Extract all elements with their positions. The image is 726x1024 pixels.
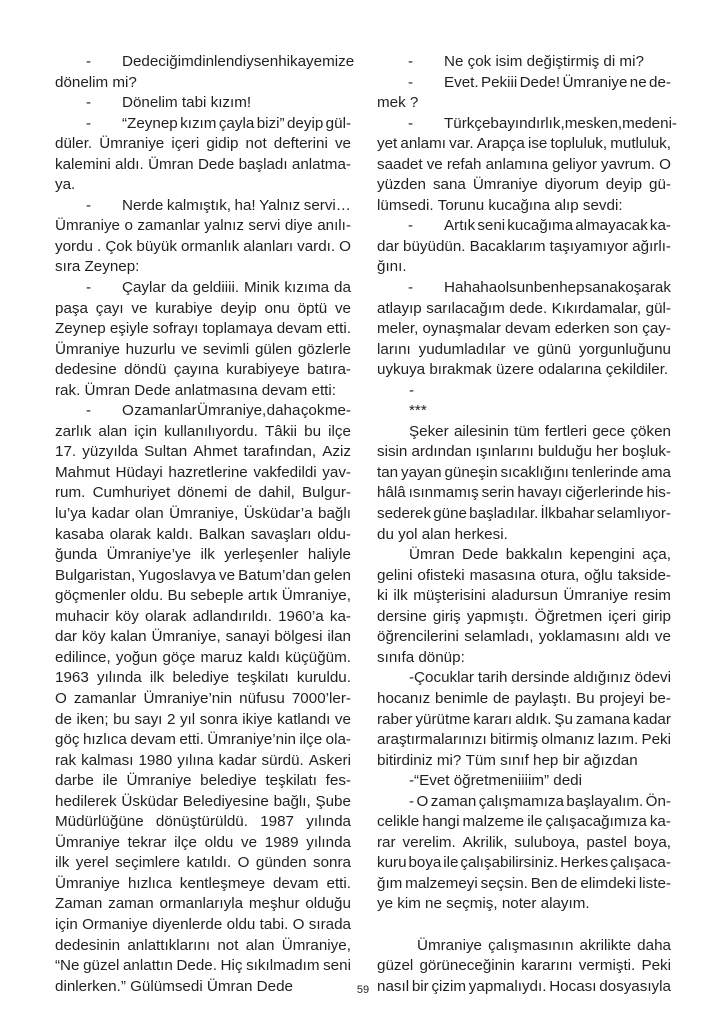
dialogue-dash: - xyxy=(86,93,122,114)
text-line: -Çocuklartarihdersindealdığınızödevi xyxy=(377,668,671,689)
text-line: lu’yakadarolanÜmraniye,Üsküdar’abağlı xyxy=(55,504,351,525)
text-line: ya. xyxy=(55,175,351,196)
text-line: kaleminialdı.ÜmranDedebaşladıanlatma- xyxy=(55,155,351,176)
text-line: ilkyerelseçimlerekatıldı.Ogündensonra xyxy=(55,853,351,874)
text-line: -Türkçebayındırlık,mesken,medeni- xyxy=(377,114,671,135)
dialogue-dash: - xyxy=(86,114,122,135)
text-line: mek? xyxy=(377,93,671,114)
dialogue-dash: - xyxy=(408,52,444,73)
text-line: Ümraniyehızlıcakentleşmeyedevametti. xyxy=(55,874,351,895)
text-line: zarlıkalaniçinkullanılıyordu.Tâkiibuilçe xyxy=(55,422,351,443)
text-line: ÜmranDedebakkalınkepenginiaçа, xyxy=(377,545,671,566)
text-line: darköykalanÜmraniye,sanayibölgesiilan xyxy=(55,627,351,648)
text-line: 17.yüzyıldaSultanAhmettarafından,Aziz xyxy=(55,442,351,463)
text-line: -“Zeynepkızımçaylabizi”deyipgül- xyxy=(55,114,351,135)
text-line: rum.Cumhuriyetdönemidedahil,Bulgur- xyxy=(55,483,351,504)
dialogue-dash: - xyxy=(86,196,122,217)
dialogue-dash: - xyxy=(408,114,444,135)
text-line: -OzamanlarÜmraniye,dahaçokme- xyxy=(55,401,351,422)
text-line: OzamanlarÜmraniye’ninnüfusu7000’ler- xyxy=(55,689,351,710)
document-page: -Dedeciğimdinlendiysenhikayemizedönelimm… xyxy=(0,0,726,1024)
text-line: dedesinedöndüçayınakurabiyeyebatıra- xyxy=(55,360,351,381)
text-line: sederekgünebaşladılar.İlkbaharselamlıyor… xyxy=(377,504,671,525)
text-line: muhacirköyolarakadlandırıldı.1960’aka- xyxy=(55,607,351,628)
text-line: yekimneseçmiş,noteralayım. xyxy=(377,894,671,915)
text-line: Ümraniyehuzurluvesevimligülengözlerle xyxy=(55,340,351,361)
text-line: -Dönelimtabikızım! xyxy=(55,93,351,114)
text-line: yordu.Çokbüyükormanlıkalanlarıvardı.O xyxy=(55,237,351,258)
text-line: deiken;busayı2yılsonraikiyekatlandıve xyxy=(55,710,351,731)
text-line: MahmutHüdayihazretlerinevakfedildiyav- xyxy=(55,463,351,484)
text-line: düler.Ümraniyeiçerigidipnotdefterinive xyxy=(55,134,351,155)
text-line: edilince,yoğungöçemaruzkaldıküçüğüm. xyxy=(55,648,351,669)
text-line: bitirdinizmi?Tümsınıfhepbirağızdan xyxy=(377,751,671,772)
text-line: rak.ÜmranDedeanlatmasınadevametti: xyxy=(55,381,351,402)
text-line: dönelimmi? xyxy=(55,73,351,94)
text-line: göçmenleroldu.BusebepleartıkÜmraniye, xyxy=(55,586,351,607)
text-line: duyolalanherkesi. xyxy=(377,525,671,546)
text-line: larınıyudumladılarvegünüyorgunluğunu xyxy=(377,340,671,361)
text-line: Ümraniyetekrarilçeolduve1989yılında xyxy=(55,833,351,854)
text-line: içinOrmaniyediyenlerdeoldutabi.Osırada xyxy=(55,915,351,936)
text-line xyxy=(377,915,671,936)
text-line: - xyxy=(377,381,671,402)
text-line: Zeynepeşiylesofrayıtoplamayadevametti. xyxy=(55,319,351,340)
text-line: dersinegirişyapmıştı.Öğretmeniçerigirip xyxy=(377,607,671,628)
text-line: rarverelim.Akrilik,suluboya,pastelboya, xyxy=(377,833,671,854)
text-line: sisinardındanışınlarınıbulduğuherboşluk- xyxy=(377,442,671,463)
text-line: sınıfadönüp: xyxy=(377,648,671,669)
text-line: meler,oynaşmalardevamederkensonçay- xyxy=(377,319,671,340)
text-line: -Çaylardageldiiii.Minikkızımada xyxy=(55,278,351,299)
text-line: geliniofistekimasasınaotura,oğlutakside- xyxy=(377,566,671,587)
page-number: 59 xyxy=(0,984,726,996)
text-line: ğımmalzemeyiseçsin.Bendeelimdekiliste- xyxy=(377,874,671,895)
text-line: kiilkmüşterisinialadursunÜmraniyeresim xyxy=(377,586,671,607)
text-line: *** xyxy=(377,401,671,422)
dialogue-dash: - xyxy=(86,52,122,73)
text-line: güzelgörüneceğininkararınıvermişti.Peki xyxy=(377,956,671,977)
text-line: hocanızbenimledepaylaştı.Buprojeyibe- xyxy=(377,689,671,710)
text-line: Şekerailesinintümfertlerigeceçöken xyxy=(377,422,671,443)
text-line: uykuyabırakmaküzereodalarınaçekildiler. xyxy=(377,360,671,381)
text-line: kasabaolarakkaldı.Balkansavaşlarıoldu- xyxy=(55,525,351,546)
text-line: rakkalması1980yılınakadarsürdü.Askeri xyxy=(55,751,351,772)
text-line: “NegüzelanlattınDede.Hiçsıkılmadımseni xyxy=(55,956,351,977)
text-line: -Nerdekalmıştık,ha!Yalnızservi… xyxy=(55,196,351,217)
text-line: -“Evetöğretmeniiiim”dedi xyxy=(377,771,671,792)
text-line: dedesininanlattıklarınınotalanÜmraniye, xyxy=(55,936,351,957)
text-line: tanyayangüneşinsıcaklığınıtenlerindeama xyxy=(377,463,671,484)
text-line: yetanlamıvar.Arapçaisetopluluk,mutluluk, xyxy=(377,134,671,155)
text-line: saadetverefahanlamınageliyoryavrum.O xyxy=(377,155,671,176)
text-line: ğundaÜmraniye’yeilkyerleşenlerhaliyle xyxy=(55,545,351,566)
text-line: hedilerekÜsküdarBelediyesinebağlı,Şube xyxy=(55,792,351,813)
text-line: ğını. xyxy=(377,257,671,278)
text-line: -Evet.PekiiiDede!Ümraniyenede- xyxy=(377,73,671,94)
text-line: darbeileÜmraniyebelediyeteşkilatıfes- xyxy=(55,771,351,792)
text-line: sıraZeynep: xyxy=(55,257,351,278)
text-line: göçhızlıcadevametti.Ümraniye’ninilçeola- xyxy=(55,730,351,751)
text-line: -Neçokisimdeğiştirmişdimi? xyxy=(377,52,671,73)
text-line: atlayıpsarılacağımdede.Kıkırdamalar,gül- xyxy=(377,299,671,320)
text-line: Ümraniyeçalışmasınınakriliktedaha xyxy=(377,936,671,957)
text-line: -Ozamançalışmamızabaşlayalım.Ön- xyxy=(377,792,671,813)
text-line: -Dedeciğimdinlendiysenhikayemize xyxy=(55,52,351,73)
text-line: hâlâısınmamışserinhavayıciğerlerindehis- xyxy=(377,483,671,504)
text-line: -Hahahaolsunbenhepsanakoşarak xyxy=(377,278,671,299)
text-line: darbüyüdün.Bacaklarımtaşıyamıyorağırlı- xyxy=(377,237,671,258)
text-line: kuruboyaileçalışabilirsiniz.Herkesçalışa… xyxy=(377,853,671,874)
text-line: celiklehangimalzemeileçalışacağımızaka- xyxy=(377,812,671,833)
text-line: Zamanzamanormanlarıylameşhurolduğu xyxy=(55,894,351,915)
dialogue-dash: - xyxy=(86,278,122,299)
left-text-column: -Dedeciğimdinlendiysenhikayemizedönelimm… xyxy=(55,52,351,997)
text-line: lümsedi.Torunukucağınaalıpsevdi: xyxy=(377,196,671,217)
right-text-column: -Neçokisimdeğiştirmişdimi?-Evet.PekiiiDe… xyxy=(377,52,671,997)
dialogue-dash: - xyxy=(408,216,444,237)
text-line: paşaçayıvekurabiyedeyiponuöptüve xyxy=(55,299,351,320)
dialogue-dash: - xyxy=(408,278,444,299)
text-line: öğrencileriniselamladı,yoklamasınıaldıve xyxy=(377,627,671,648)
text-line: araştırmalarınızıbitirmişolmanızlazım.Pe… xyxy=(377,730,671,751)
text-line: Ümraniyeozamanlaryalnızservidiyeanılı- xyxy=(55,216,351,237)
text-line: yüzdensanaÜmraniyediyorumdeyipgü- xyxy=(377,175,671,196)
text-line: -Artıksenikucağımaalmayacakka- xyxy=(377,216,671,237)
dialogue-dash: - xyxy=(408,73,444,94)
text-line: raberyürütmekararıaldık.Şuzamanakadar xyxy=(377,710,671,731)
text-line: Müdürlüğünedönüştürüldü.1987yılında xyxy=(55,812,351,833)
dialogue-dash: - xyxy=(86,401,122,422)
text-line: 1963yılındailkbelediyeteşkilatıkuruldu. xyxy=(55,668,351,689)
text-line: Bulgaristan,YugoslavyaveBatum’dangelen xyxy=(55,566,351,587)
